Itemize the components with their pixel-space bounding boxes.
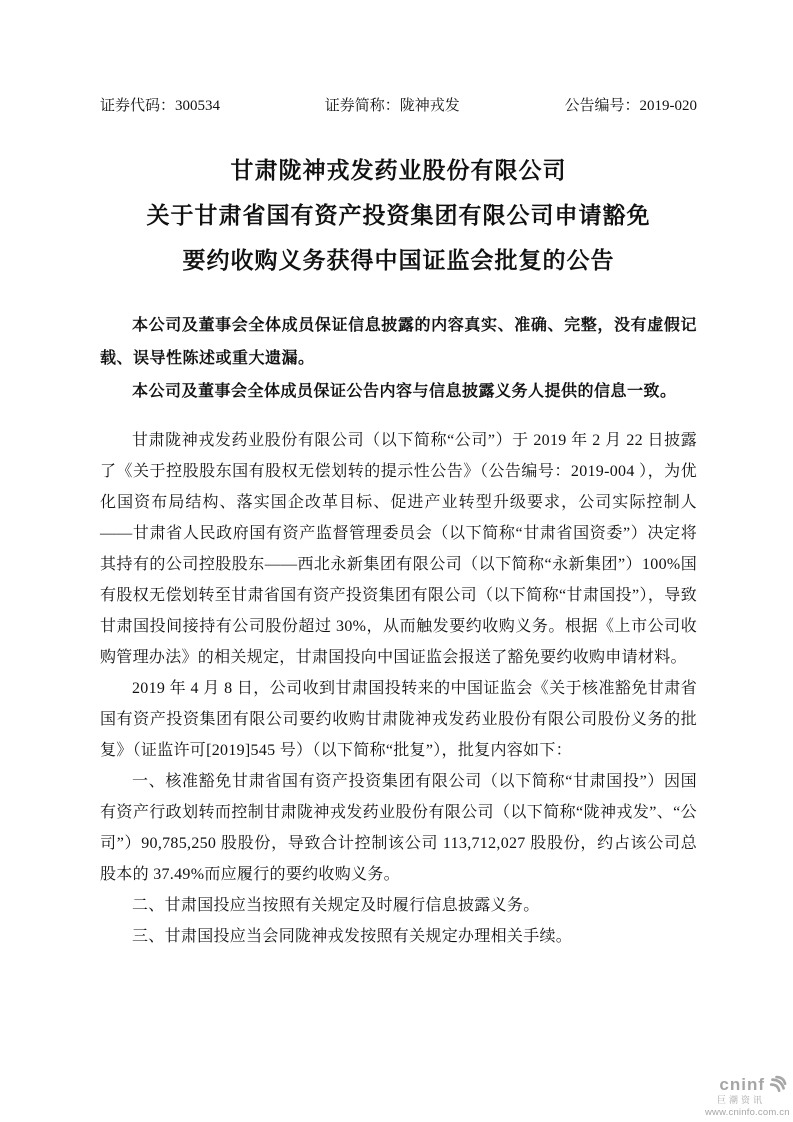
body-paragraph-approval-item-3: 三、甘肃国投应当会同陇神戎发按照有关规定办理相关手续。 xyxy=(100,921,697,952)
cninfo-url: www.cninfo.com.cn xyxy=(705,1108,789,1118)
cninfo-brand-text: cninf xyxy=(719,1076,765,1093)
body-paragraph-background: 甘肃陇神戎发药业股份有限公司（以下简称“公司”）于 2019 年 2 月 22 … xyxy=(100,425,697,673)
announcement-document-page: 证券代码：300534 证券简称：陇神戎发 公告编号：2019-020 甘肃陇神… xyxy=(0,0,793,1122)
cninfo-brand-row: cninf xyxy=(705,1074,789,1094)
document-title: 甘肃陇神戎发药业股份有限公司 关于甘肃省国有资产投资集团有限公司申请豁免 要约收… xyxy=(100,148,697,283)
document-header: 证券代码：300534 证券简称：陇神戎发 公告编号：2019-020 xyxy=(100,97,697,115)
announcement-body: 甘肃陇神戎发药业股份有限公司（以下简称“公司”）于 2019 年 2 月 22 … xyxy=(100,425,697,952)
stock-name-label: 证券简称：陇神戎发 xyxy=(325,97,460,115)
stock-code-label: 证券代码：300534 xyxy=(100,97,220,115)
declaration-paragraph: 本公司及董事会全体成员保证公告内容与信息披露义务人提供的信息一致。 xyxy=(100,375,697,408)
cninfo-brand-chinese: 巨潮资讯 xyxy=(705,1096,765,1105)
body-paragraph-approval-item-2: 二、甘肃国投应当按照有关规定及时履行信息披露义务。 xyxy=(100,890,697,921)
cninfo-watermark: cninf 巨潮资讯 www.cninfo.com.cn xyxy=(705,1074,789,1118)
declaration-paragraph: 本公司及董事会全体成员保证信息披露的内容真实、准确、完整，没有虚假记载、误导性陈… xyxy=(100,309,697,375)
document-content: 证券代码：300534 证券简称：陇神戎发 公告编号：2019-020 甘肃陇神… xyxy=(100,97,697,952)
announcement-number-label: 公告编号：2019-020 xyxy=(565,97,698,115)
cninfo-swirl-icon xyxy=(767,1074,789,1094)
body-paragraph-approval-receipt: 2019 年 4 月 8 日，公司收到甘肃国投转来的中国证监会《关于核准豁免甘肃… xyxy=(100,673,697,766)
title-line-subject2: 要约收购义务获得中国证监会批复的公告 xyxy=(100,238,697,283)
body-paragraph-approval-item-1: 一、核准豁免甘肃省国有资产投资集团有限公司（以下简称“甘肃国投”）因国有资产行政… xyxy=(100,766,697,890)
title-line-company: 甘肃陇神戎发药业股份有限公司 xyxy=(100,148,697,193)
board-declaration-section: 本公司及董事会全体成员保证信息披露的内容真实、准确、完整，没有虚假记载、误导性陈… xyxy=(100,309,697,408)
title-line-subject: 关于甘肃省国有资产投资集团有限公司申请豁免 xyxy=(100,193,697,238)
